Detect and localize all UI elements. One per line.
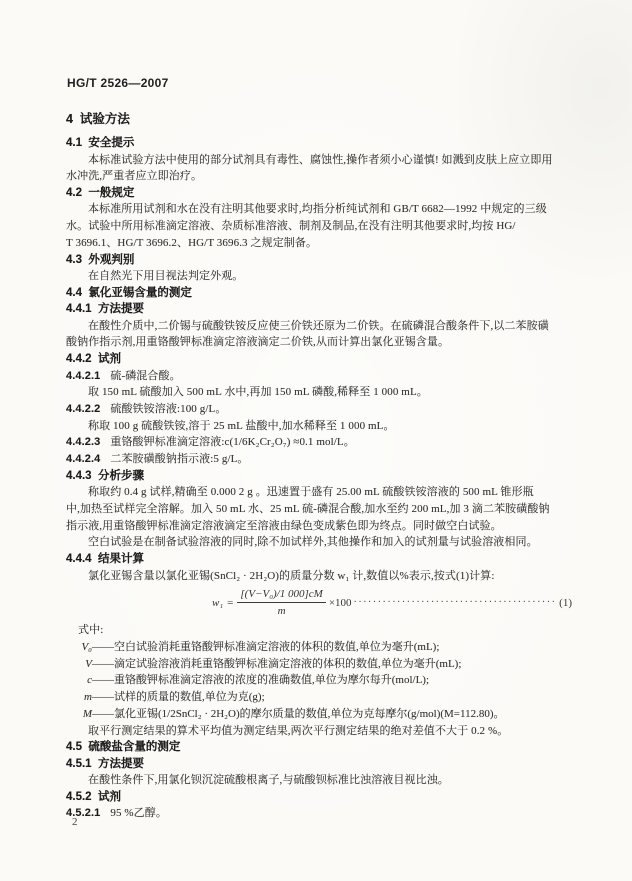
variable-definition: m——试样的质量的数值,单位为克(g); xyxy=(66,689,572,706)
section-heading: 4 试验方法 xyxy=(66,110,572,128)
formula-lhs: w₁ xyxy=(212,597,223,609)
formula-equation: w₁=[(V−V₀)/1 000]cMm×100················… xyxy=(66,586,572,619)
scanned-document-page: { "page": { "header": "HG/T 2526—2007", … xyxy=(0,0,632,881)
body-line: 酸钠作指示剂,用重铬酸钾标准滴定溶液滴定二价铁,从而计算出氯化亚锡含量。 xyxy=(66,334,572,351)
variable-definition: M——氯化亚锡(1/2SnCl₂ · 2H₂O)的摩尔质量的数值,单位为克每摩尔… xyxy=(66,706,572,723)
variable-symbol: M xyxy=(66,706,92,723)
variable-definition: V₀——空白试验消耗重铬酸钾标准滴定溶液的体积的数值,单位为毫升(mL); xyxy=(66,639,572,656)
body-line: 称取 100 g 硫酸铁铵,溶于 25 mL 盐酸中,加水稀释至 1 000 m… xyxy=(66,418,572,435)
variable-description: ——滴定试验溶液消耗重铬酸钾标准滴定溶液的体积的数值,单位为毫升(mL); xyxy=(92,656,572,673)
section-heading: 4.3 外观判别 xyxy=(66,252,572,269)
clause-line: 4.4.2.2硫酸铁铵溶液:100 g/L。 xyxy=(66,401,572,418)
clause-number: 4.4.2.2 xyxy=(66,403,100,415)
clause-line: 4.5.2.195 %乙醇。 xyxy=(66,805,572,822)
body-line: 称取约 0.4 g 试样,精确至 0.000 2 g 。迅速置于盛有 25.00… xyxy=(66,484,572,501)
body-line: 指示液,用重铬酸钾标准滴定溶液滴定至溶液由绿色变成紫色即为终点。同时做空白试验。 xyxy=(66,518,572,535)
variable-symbol: V₀ xyxy=(66,639,92,656)
variable-definition: V——滴定试验溶液消耗重铬酸钾标准滴定溶液的体积的数值,单位为毫升(mL); xyxy=(66,656,572,673)
body-line: 空白试验是在制备试验溶液的同时,除不加试样外,其他操作和加入的试剂量与试验溶液相… xyxy=(66,534,572,551)
section-heading: 4.5.2 试剂 xyxy=(66,789,572,806)
body-line: 氯化亚锡含量以氯化亚锡(SnCl₂ · 2H₂O)的质量分数 w₁ 计,数值以%… xyxy=(66,568,572,585)
clause-line: 4.4.2.3重铬酸钾标准滴定溶液:c(1/6K₂Cr₂O₇) ≈0.1 mol… xyxy=(66,434,572,451)
section-heading: 4.5 硫酸盐含量的测定 xyxy=(66,739,572,756)
body-line: 中,加热至试样完全溶解。加入 50 mL 水、25 mL 硫-磷混合酸,加水至约… xyxy=(66,501,572,518)
fraction-denominator: m xyxy=(278,603,286,618)
page-number: 2 xyxy=(72,816,78,828)
clause-line: 4.4.2.4二苯胺磺酸钠指示液:5 g/L。 xyxy=(66,451,572,468)
body-line: T 3696.1、HG/T 3696.2、HG/T 3696.3 之规定制备。 xyxy=(66,235,572,252)
variable-symbol: c xyxy=(66,672,92,689)
clause-text: 二苯胺磺酸钠指示液:5 g/L。 xyxy=(110,453,248,465)
clause-text: 95 %乙醇。 xyxy=(110,807,167,819)
body-line: 取 150 mL 硫酸加入 500 mL 水中,再加 150 mL 磷酸,稀释至… xyxy=(66,384,572,401)
fraction-numerator: [(V−V₀)/1 000]cM xyxy=(237,587,325,603)
variable-description: ——重铬酸钾标准滴定溶液的浓度的准确数值,单位为摩尔每升(mol/L); xyxy=(92,672,572,689)
section-heading: 4.1 安全提示 xyxy=(66,135,572,152)
clause-number: 4.4.2.3 xyxy=(66,436,100,448)
section-heading: 4.4.1 方法提要 xyxy=(66,301,572,318)
equation-number: (1) xyxy=(559,597,572,609)
formula-fraction: [(V−V₀)/1 000]cMm xyxy=(237,587,325,618)
body-line: 在酸性介质中,二价锡与硫酸铁铵反应使三价铁还原为二价铁。在硫磷混合酸条件下,以二… xyxy=(66,318,572,335)
body-line: 本标准试验方法中使用的部分试剂具有毒性、腐蚀性,操作者须小心谨慎! 如溅到皮肤上… xyxy=(66,152,572,169)
body-line: 在酸性条件下,用氯化钡沉淀硫酸根离子,与硫酸钡标准比浊溶液目视比浊。 xyxy=(66,772,572,789)
body-line: 本标准所用试剂和水在没有注明其他要求时,均指分析纯试剂和 GB/T 6682—1… xyxy=(66,201,572,218)
variable-description: ——试样的质量的数值,单位为克(g); xyxy=(92,689,572,706)
clause-line: 4.4.2.1硫-磷混合酸。 xyxy=(66,368,572,385)
variable-description: ——空白试验消耗重铬酸钾标准滴定溶液的体积的数值,单位为毫升(mL); xyxy=(92,639,572,656)
variable-definition: c——重铬酸钾标准滴定溶液的浓度的准确数值,单位为摩尔每升(mol/L); xyxy=(66,672,572,689)
body-line: 式中: xyxy=(66,622,572,639)
standard-number-header: HG/T 2526—2007 xyxy=(67,76,169,90)
clause-text: 硫-磷混合酸。 xyxy=(110,370,180,382)
body-line: 水。试验中所用标准滴定溶液、杂质标准溶液、制剂及制品,在没有注明其他要求时,均按… xyxy=(66,218,572,235)
clause-number: 4.4.2.1 xyxy=(66,370,100,382)
section-heading: 4.5.1 方法提要 xyxy=(66,756,572,773)
section-heading: 4.4.4 结果计算 xyxy=(66,551,572,568)
variable-symbol: m xyxy=(66,689,92,706)
document-body: 4 试验方法4.1 安全提示本标准试验方法中使用的部分试剂具有毒性、腐蚀性,操作… xyxy=(66,106,572,822)
section-heading: 4.4.3 分析步骤 xyxy=(66,468,572,485)
body-line: 取平行测定结果的算术平均值为测定结果,两次平行测定结果的绝对差值不大于 0.2 … xyxy=(66,723,572,740)
section-heading: 4.2 一般规定 xyxy=(66,185,572,202)
variable-symbol: V xyxy=(66,656,92,673)
section-heading: 4.4 氯化亚锡含量的测定 xyxy=(66,285,572,302)
formula-equals: = xyxy=(227,597,233,609)
clause-text: 硫酸铁铵溶液:100 g/L。 xyxy=(110,403,226,415)
variable-description: ——氯化亚锡(1/2SnCl₂ · 2H₂O)的摩尔质量的数值,单位为克每摩尔(… xyxy=(92,706,572,723)
clause-text: 重铬酸钾标准滴定溶液:c(1/6K₂Cr₂O₇) ≈0.1 mol/L。 xyxy=(110,436,355,448)
clause-number: 4.4.2.4 xyxy=(66,453,100,465)
section-heading: 4.4.2 试剂 xyxy=(66,351,572,368)
body-line: 水冲洗,严重者应立即治疗。 xyxy=(66,168,572,185)
body-line: 在自然光下用目视法判定外观。 xyxy=(66,268,572,285)
formula-multiplier: ×100 xyxy=(329,597,352,609)
dot-leader: ········································… xyxy=(354,597,558,608)
